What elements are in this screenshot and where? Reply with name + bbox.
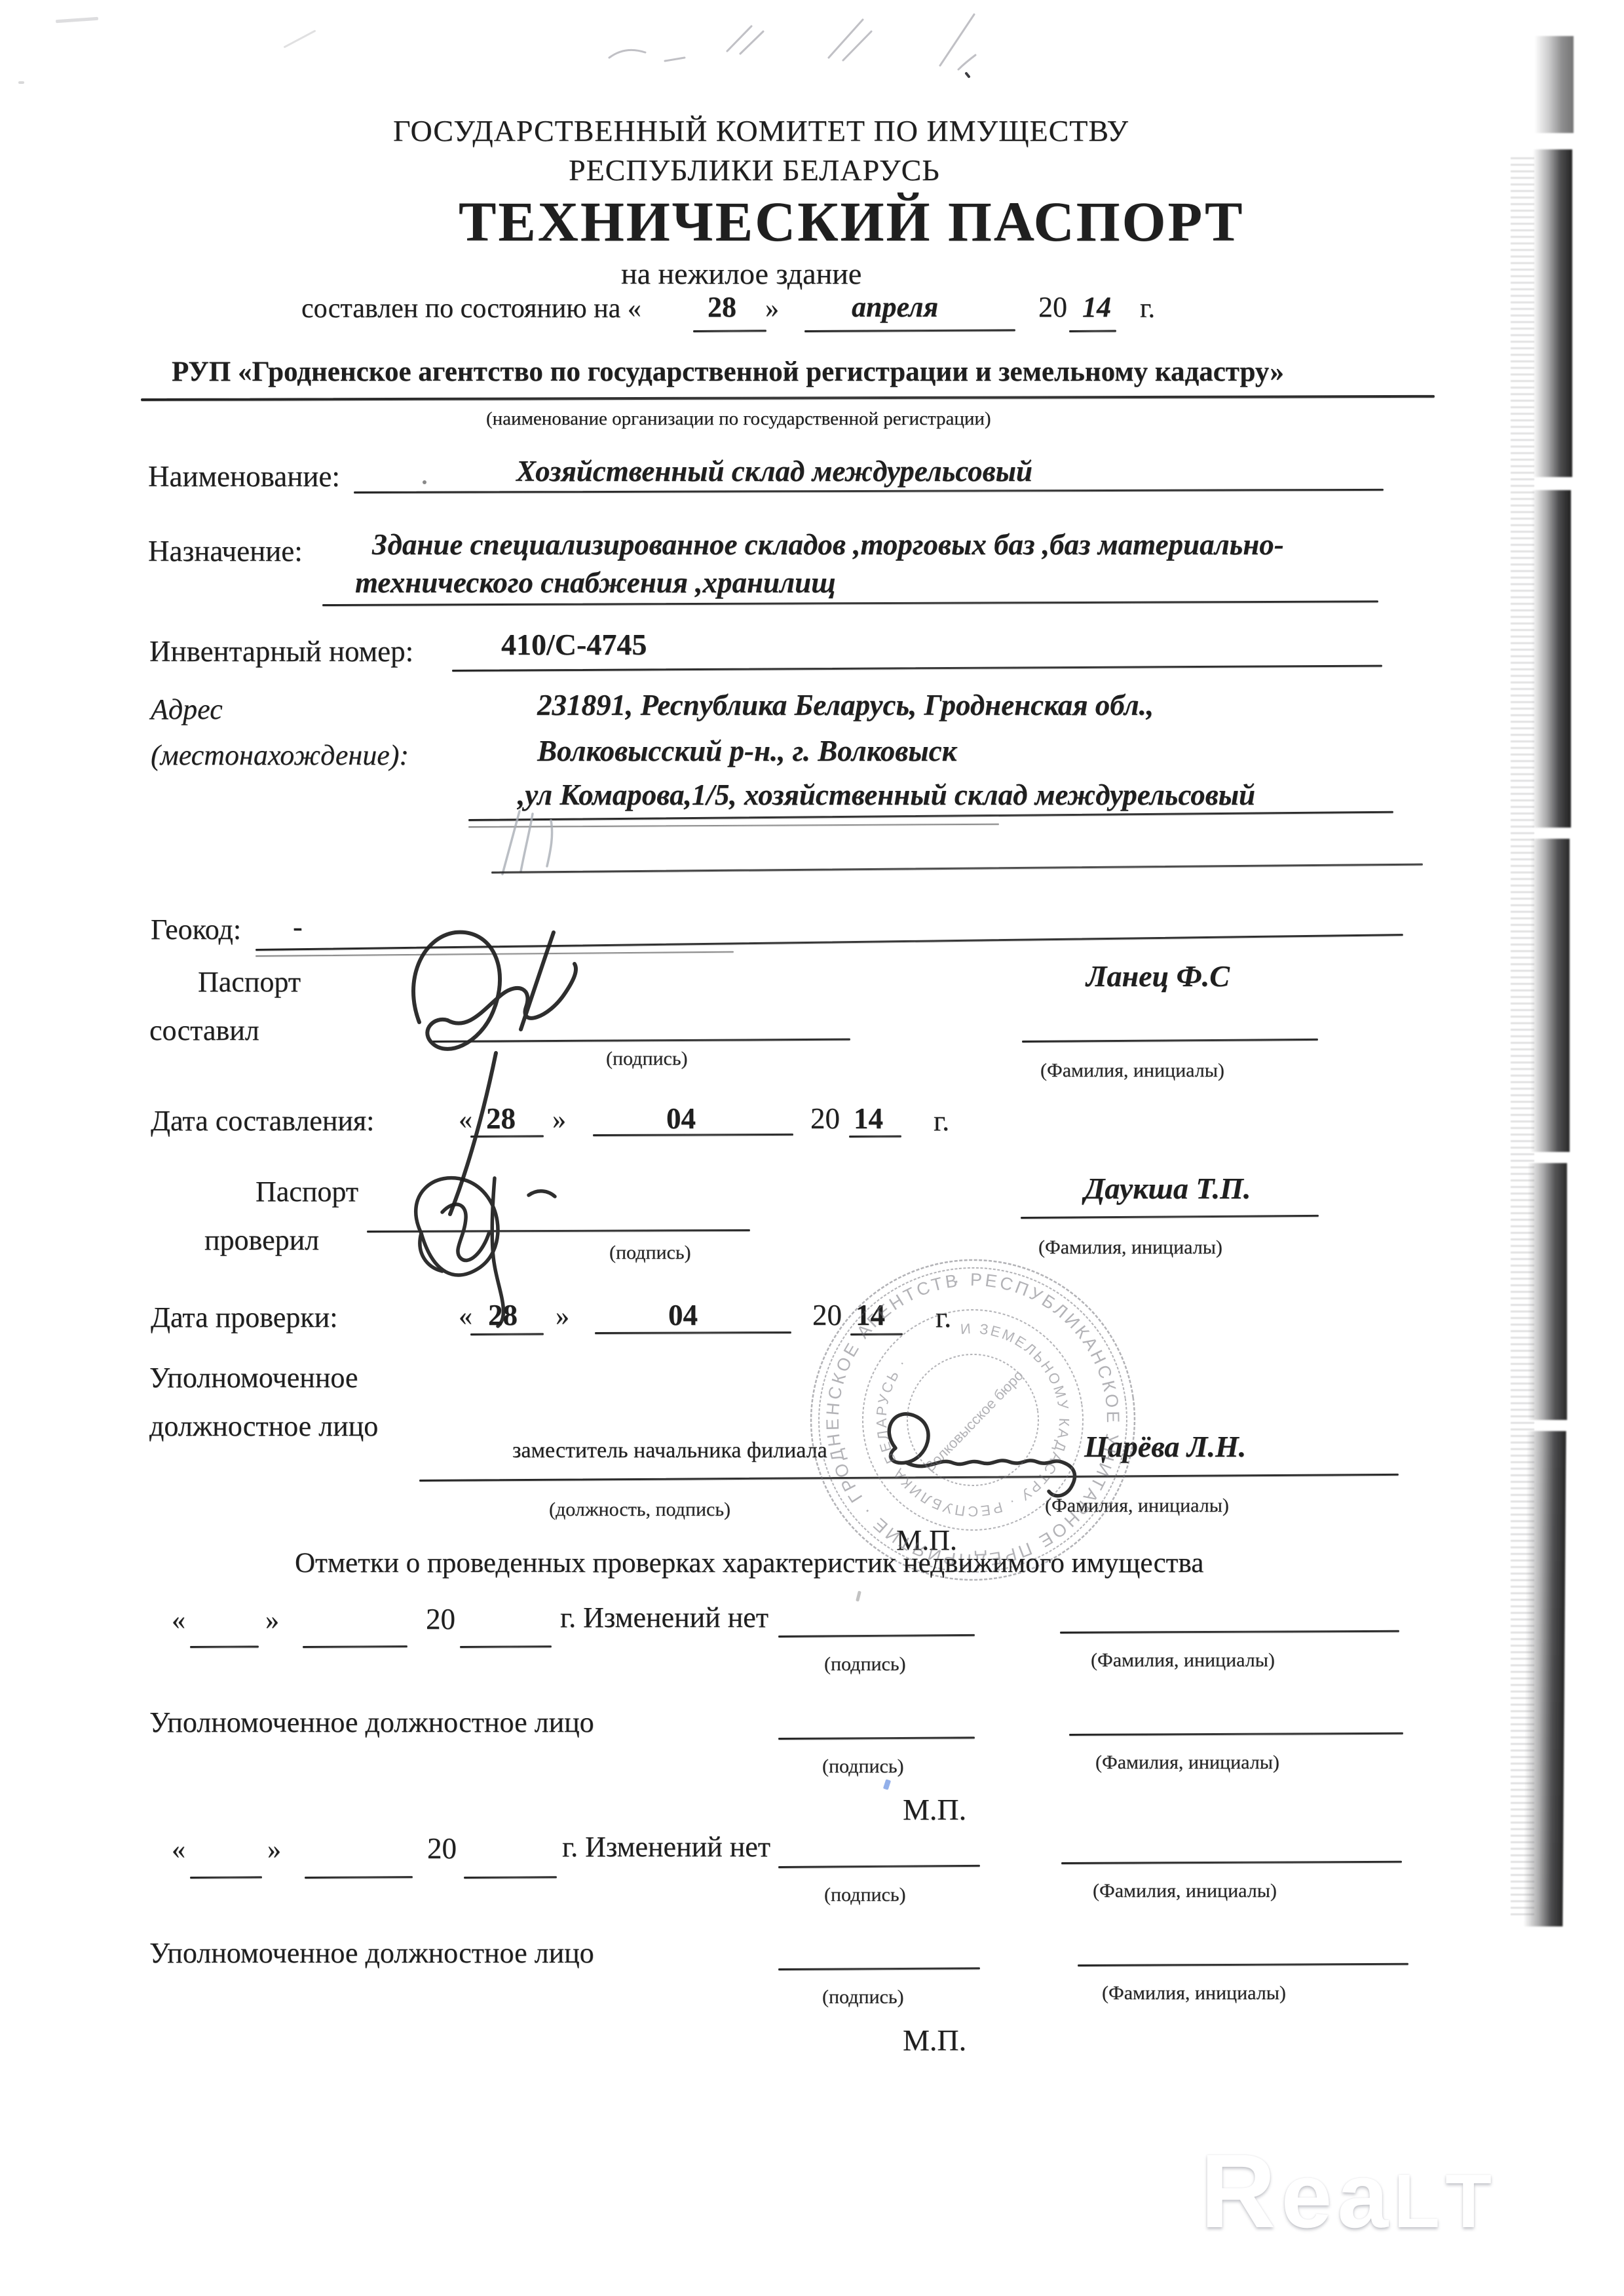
underline-compiled-year	[849, 1136, 901, 1138]
checkrow1-month-line	[303, 1645, 407, 1648]
compiled-date-laquo: «	[459, 1106, 472, 1135]
stamp-center-text: Волковысское бюро	[922, 1367, 1027, 1475]
checkrow1-raquo: »	[265, 1607, 279, 1636]
watermark-letter: T	[1445, 2157, 1497, 2245]
compiled-label-line1: Паспорт	[198, 967, 301, 997]
checked-date-month: 04	[668, 1300, 698, 1331]
checkrow1-name-line	[1060, 1630, 1399, 1634]
underline-checked-month	[595, 1331, 791, 1334]
checkrow2-official-name-caption: (Фамилия, инициалы)	[1102, 1983, 1286, 2003]
field-purpose-value-line2: технического снабжения ,хранилищ	[355, 567, 836, 598]
checked-date-day: 28	[488, 1300, 518, 1331]
caption-name-compiled: (Фамилия, инициалы)	[1040, 1060, 1224, 1081]
checkrow1-name-caption: (Фамилия, инициалы)	[1091, 1650, 1275, 1670]
compiled-date-month: 04	[666, 1103, 696, 1134]
compiled-date-suffix: г.	[934, 1106, 949, 1136]
compiled-date-year: 14	[854, 1103, 883, 1134]
underline-name	[354, 489, 1384, 493]
signature-checked	[364, 1155, 586, 1345]
pencil-scribble-address	[482, 801, 593, 892]
scan-speck	[18, 81, 24, 84]
caption-sign-compiled: (подпись)	[606, 1048, 688, 1069]
checkrow1-official-name-line	[1069, 1732, 1403, 1736]
checkrow1-official-sign-line	[778, 1736, 975, 1740]
checkrow1-no-changes: г. Изменений нет	[560, 1603, 768, 1633]
checked-date-label: Дата проверки:	[151, 1303, 337, 1333]
checkrow1-sign-caption: (подпись)	[824, 1654, 906, 1674]
blue-ink-speck	[883, 1779, 891, 1790]
checkrow1-official-name-caption: (Фамилия, инициалы)	[1095, 1752, 1279, 1772]
checkrow2-year-prefix: 20	[427, 1833, 457, 1864]
checked-label-line1: Паспорт	[255, 1177, 358, 1207]
field-name-label: Наименование:	[148, 461, 340, 492]
name-line-compiled	[1022, 1039, 1318, 1043]
checkrow2-year-line	[464, 1876, 557, 1879]
compiled-on-prefix: составлен по состоянию на «	[301, 295, 641, 324]
scan-speck	[56, 17, 98, 24]
watermark-letter: e	[1281, 2143, 1338, 2249]
checked-label-line2: проверил	[204, 1225, 319, 1255]
committee-name-line1: ГОСУДАРСТВЕННЫЙ КОМИТЕТ ПО ИМУЩЕСТВУ	[393, 115, 1129, 147]
watermark-letter: a	[1337, 2143, 1393, 2249]
caption-sign-checked: (подпись)	[609, 1242, 691, 1263]
checkrow2-mp: М.П.	[903, 2025, 966, 2056]
authorized-label-line1: Уполномоченное	[149, 1363, 358, 1393]
authorized-label-line2: должностное лицо	[149, 1411, 378, 1442]
checked-person-name: Даукша Т.П.	[1084, 1173, 1251, 1204]
checkrow2-name-caption: (Фамилия, инициалы)	[1093, 1881, 1277, 1901]
underline-org	[141, 395, 1435, 401]
compiled-person-name: Ланец Ф.С	[1086, 961, 1230, 992]
underline-month	[804, 329, 1015, 332]
underline-address	[468, 811, 1393, 821]
watermark-letter: L	[1393, 2157, 1445, 2245]
svg-text:· РЕСПУБЛИКАНСКОЕ УНИТАРНОЕ ПР: · РЕСПУБЛИКАНСКОЕ УНИТАРНОЕ ПРЕДПРИЯТИЕ …	[756, 1206, 1142, 1596]
checkrow2-raquo: »	[267, 1836, 281, 1865]
field-name-value: Хозяйственный склад междурельсовый	[516, 456, 1032, 487]
document-title: ТЕХНИЧЕСКИЙ ПАСПОРТ	[459, 193, 1244, 251]
committee-name-line2: РЕСПУБЛИКИ БЕЛАРУСЬ	[569, 155, 940, 186]
underline-inventory	[452, 665, 1382, 672]
checkrow1-sign-line	[778, 1634, 975, 1637]
underline-checked-day	[470, 1333, 544, 1335]
checkrow2-no-changes: г. Изменений нет	[562, 1832, 770, 1862]
compiled-label-line2: составил	[149, 1016, 259, 1046]
compiled-on-quote: »	[765, 295, 779, 324]
checkrow2-official-sign-caption: (подпись)	[822, 1987, 904, 2007]
checkrow2-laquo: «	[172, 1836, 185, 1865]
checkrow2-day-line	[190, 1876, 262, 1879]
scan-edge-artifact	[1533, 149, 1572, 477]
checkrow2-name-line	[1061, 1861, 1402, 1864]
underline-day	[693, 330, 766, 332]
checked-date-laquo: «	[459, 1303, 472, 1331]
compiled-date-day: 28	[486, 1103, 516, 1134]
compiled-on-year: 14	[1082, 292, 1111, 322]
checkrow2-sign-caption: (подпись)	[824, 1885, 906, 1905]
registration-org-name: РУП «Гродненское агентство по государств…	[172, 358, 1284, 387]
underline-year	[1069, 330, 1116, 332]
checkrow2-official-name-line	[1078, 1963, 1408, 1966]
realt-watermark: ReaLT	[1200, 2131, 1497, 2251]
field-geocode-label: Геокод:	[151, 915, 241, 945]
compiled-date-year-prefix: 20	[810, 1103, 840, 1134]
compiled-on-day: 28	[708, 292, 736, 322]
document-subtitle: на нежилое здание	[621, 258, 861, 290]
authorized-position: заместитель начальника филиала	[512, 1439, 827, 1462]
checkrow1-year-prefix: 20	[426, 1604, 455, 1635]
field-inventory-value: 410/С-4745	[501, 629, 647, 660]
field-address-label-line1: Адрес	[151, 695, 223, 725]
underline-compiled-day	[470, 1135, 544, 1138]
field-address-label-line2: (местонахождение):	[151, 740, 409, 771]
field-address-value-line3: ,ул Комарова,1/5, хозяйственный склад ме…	[518, 780, 1255, 811]
checkrow1-mp: М.П.	[903, 1794, 966, 1826]
name-line-checked	[1021, 1215, 1319, 1219]
scan-edge-artifact	[1532, 490, 1571, 828]
checkrow1-official: Уполномоченное должностное лицо	[149, 1708, 594, 1738]
checkrow2-official-sign-line	[778, 1967, 980, 1970]
checkrow2-sign-line	[778, 1865, 980, 1868]
compiled-date-label: Дата составления:	[151, 1106, 374, 1136]
field-geocode-value: -	[293, 912, 303, 942]
scan-edge-speckle	[1511, 157, 1534, 1920]
checkrow1-laquo: «	[172, 1607, 185, 1636]
caption-position-sign: (должность, подпись)	[549, 1499, 730, 1520]
scan-edge-artifact	[1530, 839, 1570, 1152]
underline-purpose	[322, 600, 1378, 606]
field-inventory-label: Инвентарный номер:	[149, 636, 413, 667]
checked-date-raquo: »	[556, 1303, 569, 1331]
field-purpose-label: Назначение:	[148, 536, 303, 567]
stamp-ring-outer-text: · РЕСПУБЛИКАНСКОЕ УНИТАРНОЕ ПРЕДПРИЯТИЕ …	[756, 1206, 1142, 1596]
checks-heading: Отметки о проведенных проверках характер…	[295, 1549, 1203, 1578]
checkrow1-year-line	[460, 1645, 552, 1648]
empty-line	[491, 864, 1423, 873]
scan-speck	[423, 480, 426, 484]
compiled-on-month: апреля	[852, 292, 938, 322]
registration-org-caption: (наименование организации по государстве…	[486, 409, 991, 429]
watermark-letter: R	[1200, 2131, 1281, 2251]
checkrow1-day-line	[190, 1645, 259, 1648]
scan-edge-artifact	[1534, 36, 1574, 133]
field-address-value-line1: 231891, Республика Беларусь, Гродненская…	[537, 690, 1154, 721]
scan-speck	[284, 29, 316, 48]
compiled-on-suffix: г.	[1140, 295, 1155, 324]
underline-compiled-month	[593, 1134, 793, 1136]
checkrow2-official: Уполномоченное должностное лицо	[149, 1938, 594, 1968]
field-address-value-line2: Волковысский р-н., г. Волковыск	[537, 736, 956, 767]
compiled-date-raquo: »	[552, 1106, 566, 1135]
checkrow1-official-sign-caption: (подпись)	[822, 1756, 904, 1776]
checkrow2-month-line	[305, 1876, 413, 1879]
pencil-scribble-top	[573, 5, 1084, 90]
field-purpose-value-line1: Здание специализированное складов ,торго…	[372, 529, 1284, 560]
technical-passport-scan: ГОСУДАРСТВЕННЫЙ КОМИТЕТ ПО ИМУЩЕСТВУ РЕС…	[0, 0, 1624, 2296]
compiled-on-year-prefix: 20	[1038, 292, 1067, 322]
